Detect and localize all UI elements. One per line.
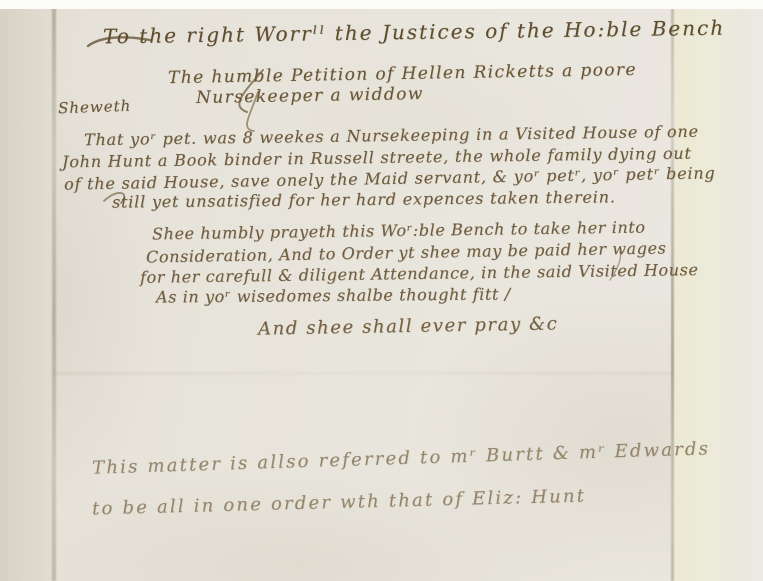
prayer-line-4: As in yoʳ wisedomes shalbe thought fitt … [156, 284, 511, 306]
right-margin-strip [674, 8, 763, 581]
left-fold-line [52, 8, 56, 581]
scan-top-edge [0, 0, 763, 9]
manuscript-page: To the right Worrˡˡ the Justices of the … [0, 0, 763, 581]
left-margin-strip [0, 8, 53, 581]
petition-heading-line-2: Nursekeeper a widdow [196, 84, 424, 108]
horizontal-crease [0, 372, 763, 375]
sheweth-label: Sheweth [58, 97, 132, 118]
right-fold-line [671, 8, 674, 581]
